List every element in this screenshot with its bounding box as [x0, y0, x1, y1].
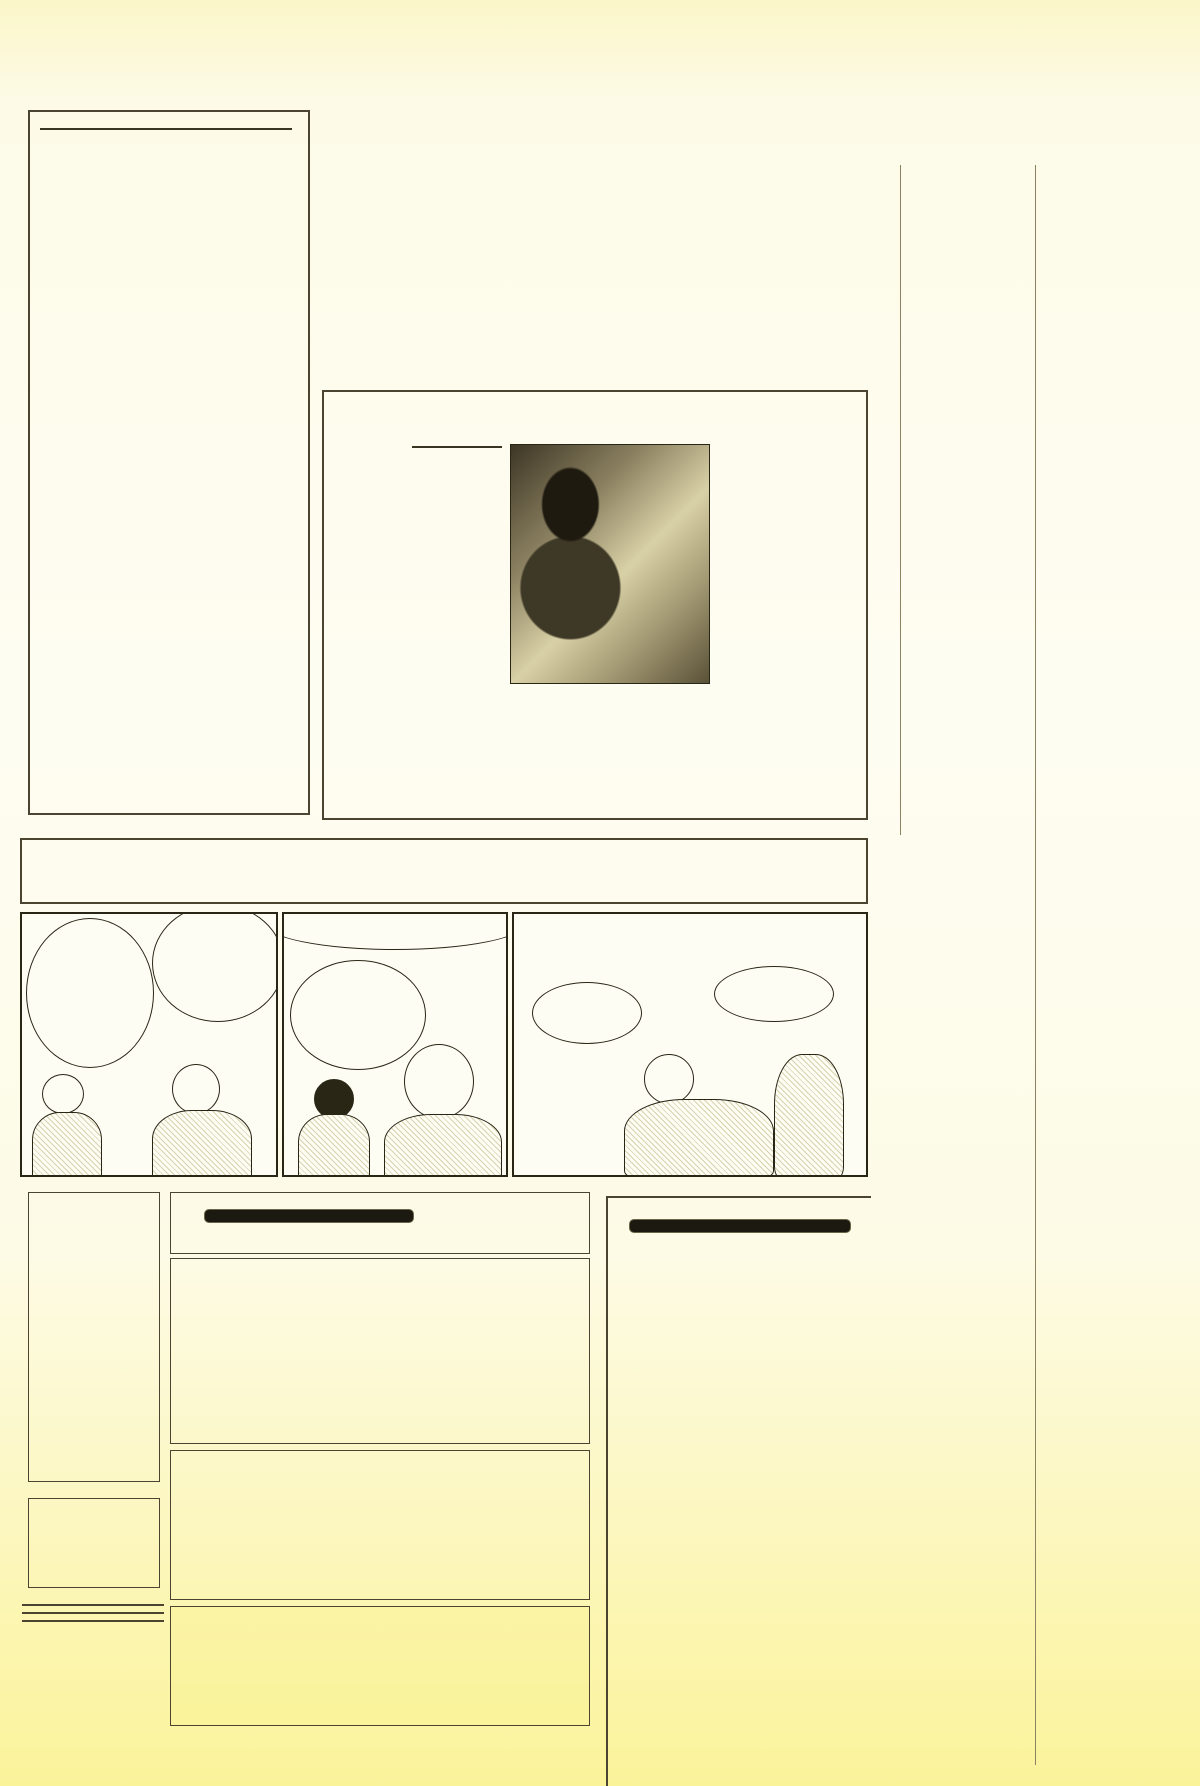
classified-box — [28, 1498, 160, 1588]
pilevneli-headline — [324, 392, 866, 402]
right-column — [1042, 240, 1190, 248]
speech-bubble — [282, 912, 508, 950]
radio-header-box — [170, 1192, 590, 1254]
cartoon-panel-1 — [20, 912, 278, 1177]
classified-item — [22, 1612, 164, 1620]
speech-bubble — [26, 918, 154, 1068]
speech-bubble — [532, 982, 642, 1044]
character-head — [404, 1044, 474, 1119]
character-head — [314, 1079, 354, 1119]
cartoon-banner — [20, 838, 868, 904]
pilevneli-author — [412, 442, 502, 448]
bilim-column — [28, 110, 310, 815]
crossword-section — [606, 1196, 871, 1786]
kibris-body — [898, 1106, 1028, 1107]
cartoon-panel-2 — [282, 912, 508, 1177]
bilim-byline — [30, 124, 308, 130]
cartoon-panel-3 — [512, 912, 868, 1177]
speech-bubble — [152, 912, 278, 1022]
column-rule — [900, 165, 901, 835]
character-figure — [298, 1114, 370, 1177]
character-figure — [384, 1114, 502, 1177]
schedule-column — [181, 1613, 311, 1614]
classified-item — [22, 1604, 164, 1612]
bilim-logo — [30, 112, 308, 124]
character-head — [644, 1054, 694, 1104]
bilim-title — [30, 130, 308, 142]
character-head — [172, 1064, 220, 1114]
divider — [40, 128, 292, 130]
classified-item — [22, 1620, 164, 1628]
column-rule — [1035, 165, 1036, 1765]
schedule-column — [181, 1457, 311, 1458]
radio-title — [205, 1210, 413, 1222]
character-figure — [624, 1099, 774, 1177]
schedule-column — [181, 1265, 301, 1266]
station-trt2 — [170, 1450, 590, 1600]
speech-bubble — [290, 960, 426, 1070]
legal-notice — [28, 1192, 160, 1482]
station-trt1 — [170, 1258, 590, 1444]
character-figure — [774, 1054, 844, 1177]
classifieds-list — [22, 1604, 164, 1628]
character-figure — [152, 1110, 252, 1177]
pilevneli-article — [322, 390, 868, 820]
character-figure — [32, 1112, 102, 1177]
character-head — [42, 1074, 84, 1114]
artist-photo — [510, 444, 710, 684]
crossword-title — [630, 1220, 850, 1232]
speech-bubble — [714, 966, 834, 1022]
station-trt3 — [170, 1606, 590, 1726]
